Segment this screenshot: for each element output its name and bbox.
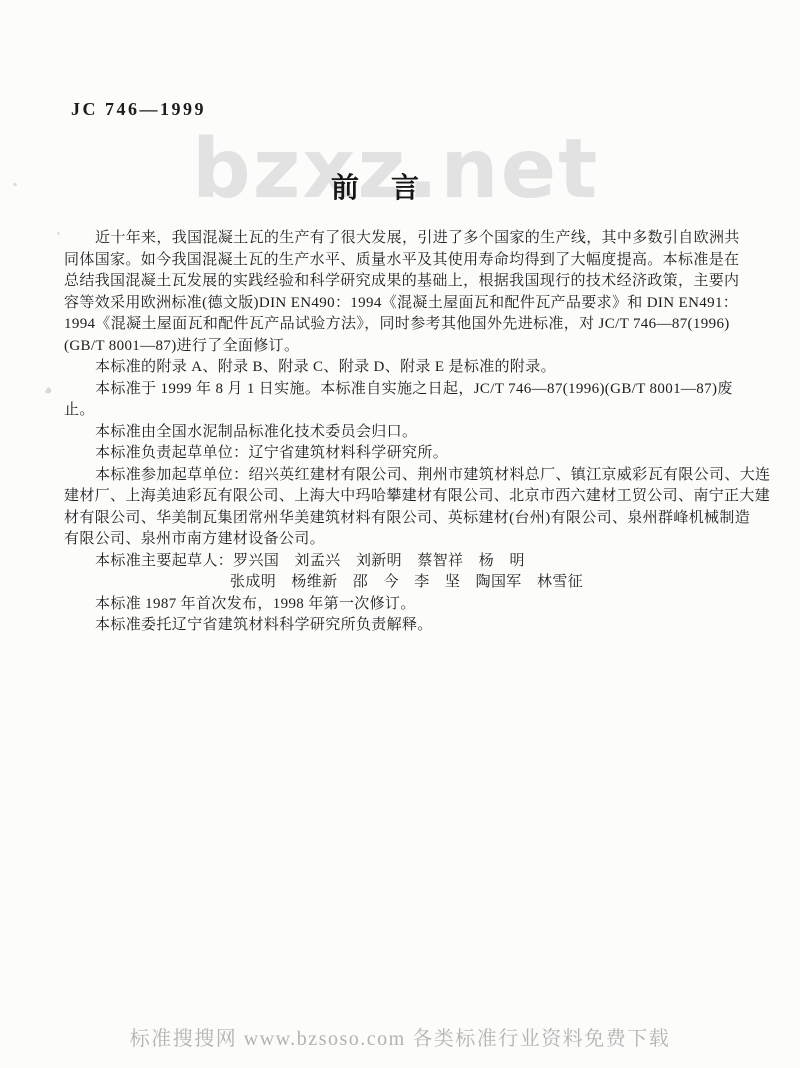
scan-artifact	[45, 387, 53, 395]
text-line: 本标准的附录 A、附录 B、附录 C、附录 D、附录 E 是标准的附录。	[64, 357, 764, 379]
footer-watermark: 标准搜搜网 www.bzsoso.com 各类标准行业资料免费下载	[0, 1022, 800, 1051]
text-line: 本标准 1987 年首次发布，1998 年第一次修订。	[64, 594, 764, 616]
text-line: 本标准委托辽宁省建筑材料科学研究所负责解释。	[64, 615, 764, 637]
text-line: (GB/T 8001—87)进行了全面修订。	[64, 336, 764, 358]
standard-number: JC 746—1999	[71, 99, 206, 120]
text-line: 张成明 杨维新 邵 今 李 坚 陶国军 林雪征	[64, 572, 764, 594]
text-line: 本标准由全国水泥制品标准化技术委员会归口。	[64, 422, 764, 444]
text-line: 材有限公司、华美制瓦集团常州华美建筑材料有限公司、英标建材(台州)有限公司、泉州…	[64, 508, 764, 530]
text-line: 1994《混凝土屋面瓦和配件瓦产品试验方法》，同时参考其他国外先进标准，对 JC…	[64, 314, 764, 336]
text-line: 近十年来，我国混凝土瓦的生产有了很大发展，引进了多个国家的生产线，其中多数引自欧…	[64, 228, 764, 250]
text-line: 本标准负责起草单位：辽宁省建筑材料科学研究所。	[64, 443, 764, 465]
text-line: 本标准参加起草单位：绍兴英红建材有限公司、荆州市建筑材料总厂、镇江京威彩瓦有限公…	[64, 465, 764, 487]
foreword-body: 近十年来，我国混凝土瓦的生产有了很大发展，引进了多个国家的生产线，其中多数引自欧…	[64, 228, 764, 637]
text-line: 建材厂、上海美迪彩瓦有限公司、上海大中玛哈攀建材有限公司、北京市西六建材工贸公司…	[64, 486, 764, 508]
text-line: 本标准于 1999 年 8 月 1 日实施。本标准自实施之日起，JC/T 746…	[64, 379, 764, 401]
text-line: 本标准主要起草人：罗兴国 刘孟兴 刘新明 蔡智祥 杨 明	[64, 551, 764, 573]
text-line: 容等效采用欧洲标准(德文版)DIN EN490：1994《混凝土屋面瓦和配件瓦产…	[64, 293, 764, 315]
text-line: 止。	[64, 400, 764, 422]
page-title: 前 言	[0, 166, 776, 206]
scan-artifact	[57, 232, 60, 235]
text-line: 同体国家。如今我国混凝土瓦的生产水平、质量水平及其使用寿命均得到了大幅度提高。本…	[64, 250, 764, 272]
text-line: 有限公司、泉州市南方建材设备公司。	[64, 529, 764, 551]
text-line: 总结我国混凝土瓦发展的实践经验和科学研究成果的基础上，根据我国现行的技术经济政策…	[64, 271, 764, 293]
document-page: bzxz.net JC 746—1999 前 言 近十年来，我国混凝土瓦的生产有…	[0, 0, 800, 1068]
